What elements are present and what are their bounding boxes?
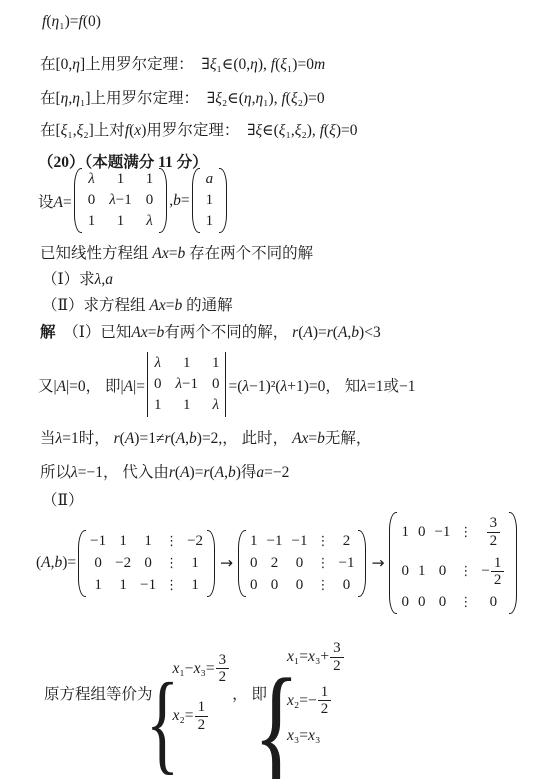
text-run: 0 bbox=[296, 555, 304, 572]
matrix-cell: −1 bbox=[140, 577, 156, 594]
matrix-cell: 0 bbox=[401, 563, 409, 580]
matrix-cell: 0 bbox=[250, 555, 258, 572]
text-run: A bbox=[303, 324, 312, 341]
text-run: Ax bbox=[152, 245, 168, 262]
text-run: ₁, bbox=[285, 122, 294, 139]
text-run: b bbox=[317, 430, 325, 447]
matrix-cell: 0 bbox=[343, 577, 351, 594]
text-run: 0 bbox=[418, 524, 426, 541]
augmented-matrix-3: 10−1⋮32010⋮−12000⋮0 bbox=[389, 512, 517, 614]
text-run: 已知线性方程组 bbox=[40, 245, 152, 262]
text-run: = bbox=[63, 194, 72, 211]
text-run: 0 bbox=[271, 577, 279, 594]
matrix-cell: 1 bbox=[146, 171, 154, 188]
text-run: η bbox=[72, 56, 80, 73]
matrix-cell: 1 bbox=[94, 577, 102, 594]
right-paren bbox=[207, 530, 215, 597]
matrix-cell: 1 bbox=[183, 355, 191, 372]
matrix-cell: a bbox=[206, 171, 214, 188]
text-run: = bbox=[181, 192, 190, 209]
text-run: b bbox=[228, 464, 236, 481]
part2-question: （Ⅱ）求方程组 Ax=b 的通解 bbox=[42, 293, 233, 315]
text-run: 1 bbox=[198, 699, 206, 715]
determinant-line: 又|A|=0， 即|A|= λ110λ−1011λ =(λ−1)²(λ+1)=0… bbox=[38, 352, 416, 417]
text-run: ⋮ bbox=[316, 578, 329, 593]
matrix-cell: 1 bbox=[212, 355, 220, 372]
text-run: ₂∈( bbox=[222, 90, 244, 107]
matrix-cell: 1 bbox=[418, 563, 426, 580]
matrix-definition-line: 设A= λ110λ−1011λ ,b= a11 bbox=[38, 168, 229, 233]
matrix-cell: 0 bbox=[94, 555, 102, 572]
text-run: A bbox=[57, 378, 66, 395]
text-run: 所以 bbox=[40, 464, 71, 481]
math-text: 原方程组等价为 bbox=[44, 682, 153, 704]
text-run: 0 bbox=[250, 555, 258, 572]
text-run: =( bbox=[228, 378, 242, 395]
vector-b: a11 bbox=[192, 168, 228, 233]
rolle-line-3: 在[η,η₁]上用罗尔定理： ∃ξ₂∈(η,η₁), f(ξ₂)=0 bbox=[40, 86, 325, 108]
math-text: (A,b)= bbox=[36, 554, 76, 572]
text-run: )得 bbox=[236, 464, 257, 481]
matrix-cell: 0 bbox=[144, 555, 152, 572]
text-run: （Ⅰ）求 bbox=[42, 271, 95, 288]
determinant-grid: λ110λ−1011λ bbox=[148, 352, 225, 417]
math-text: （Ⅱ）求方程组 Ax=b 的通解 bbox=[42, 293, 233, 315]
text-run: a bbox=[105, 271, 113, 288]
fraction: 32 bbox=[487, 515, 501, 550]
text-run: 2 bbox=[321, 701, 329, 717]
text-run: 1 bbox=[88, 213, 96, 230]
text-run: 1 bbox=[117, 171, 125, 188]
math-text: 在[η,η₁]上用罗尔定理： ∃ξ₂∈(η,η₁), f(ξ₂)=0 bbox=[40, 86, 325, 108]
text-run: 0 bbox=[439, 563, 447, 580]
equation: x₁−x₃=32 bbox=[173, 652, 231, 687]
text-run: λ bbox=[360, 378, 367, 395]
left-paren bbox=[74, 168, 82, 233]
text-run: 0 bbox=[439, 594, 447, 611]
equation-system-1: { x₁−x₃=32 x₂=12 bbox=[155, 652, 231, 734]
matrix-cell: 1 bbox=[117, 213, 125, 230]
fraction: 12 bbox=[195, 699, 209, 734]
text-run: 在[ bbox=[40, 90, 61, 107]
text-run: x bbox=[308, 727, 315, 745]
determinant-A: λ110λ−1011λ bbox=[147, 352, 226, 417]
text-run: x bbox=[308, 648, 315, 666]
rolle-line-4: 在[ξ₁,ξ₂]上对f(x)用罗尔定理： ∃ξ∈(ξ₁,ξ₂), f(ξ)=0 bbox=[40, 118, 357, 140]
text-run: 1 bbox=[144, 533, 152, 550]
text-run: 有两个不同的解， bbox=[164, 324, 292, 341]
text-run: 0 bbox=[490, 594, 498, 611]
matrix-cell: 1 bbox=[401, 524, 409, 541]
text-run: 1 bbox=[321, 684, 329, 700]
augmented-matrix-2-grid: 1−1−1⋮2020⋮−1000⋮0 bbox=[246, 530, 358, 597]
matrix-cell: ⋮ bbox=[316, 556, 329, 571]
matrix-cell: 0 bbox=[418, 594, 426, 611]
text-run: ), bbox=[258, 56, 271, 73]
text-run: ₁), bbox=[263, 90, 281, 107]
text-run: A bbox=[338, 324, 347, 341]
text-run: 的通解 bbox=[182, 297, 232, 314]
augmented-matrix-3-grid: 10−1⋮32010⋮−12000⋮0 bbox=[397, 512, 509, 614]
text-run: |=0， 即| bbox=[66, 378, 124, 395]
text-run: −1 bbox=[292, 533, 308, 550]
text-run: λ bbox=[154, 355, 161, 372]
text-run: 1 bbox=[117, 213, 125, 230]
text-run: ⋮ bbox=[165, 578, 178, 593]
math-text: 又|A|=0， 即|A|= bbox=[38, 374, 145, 396]
text-run: A bbox=[54, 194, 63, 211]
text-run: 2 bbox=[333, 658, 341, 674]
text-run: ⋮ bbox=[459, 595, 472, 610]
matrix-cell: 1 bbox=[250, 533, 258, 550]
text-run: 3 bbox=[490, 515, 498, 531]
text-run: =−2 bbox=[264, 464, 289, 481]
matrix-A-grid: λ110λ−1011λ bbox=[82, 168, 159, 233]
text-run: 1 bbox=[494, 555, 502, 571]
text-run: η bbox=[244, 90, 252, 107]
text-run: （Ⅰ）已知 bbox=[56, 324, 132, 341]
text-run: ₂= bbox=[179, 707, 193, 725]
augmented-matrix-1-grid: −111⋮−20−20⋮111−1⋮1 bbox=[86, 530, 207, 597]
text-run: − bbox=[481, 563, 489, 580]
text-run: 0 bbox=[212, 376, 220, 393]
matrix-cell: 0 bbox=[439, 594, 447, 611]
text-run: A bbox=[176, 430, 185, 447]
text-run: （Ⅱ）求方程组 bbox=[42, 297, 149, 314]
text-run: λ bbox=[212, 397, 219, 414]
text-run: )=2,， 此时， bbox=[197, 430, 292, 447]
matrix-cell: 1 bbox=[191, 577, 199, 594]
text-run: ₃ bbox=[315, 727, 320, 745]
text-run: ₁)= bbox=[59, 13, 78, 30]
math-text: 设A= bbox=[38, 190, 72, 212]
matrix-cell: ⋮ bbox=[165, 556, 178, 571]
text-run: λ bbox=[88, 171, 95, 188]
text-run: η bbox=[255, 90, 263, 107]
part2-label: （Ⅱ） bbox=[42, 488, 84, 510]
text-run: −2 bbox=[115, 555, 131, 572]
text-run: 0 bbox=[418, 594, 426, 611]
text-run: =1时， bbox=[62, 430, 113, 447]
matrix-cell: 1 bbox=[119, 533, 127, 550]
matrix-cell: 32 bbox=[486, 515, 502, 550]
text-run: 2 bbox=[219, 669, 227, 685]
math-text: 当λ=1时， r(A)=1≠r(A,b)=2,， 此时， Ax=b无解， bbox=[40, 426, 371, 448]
fraction: 32 bbox=[216, 652, 230, 687]
part1-question: （Ⅰ）求λ,a bbox=[42, 267, 113, 289]
text-run: Ax bbox=[292, 430, 308, 447]
matrix-cell: 1 bbox=[119, 577, 127, 594]
equation-system-2: { x₁=x₃+32 x₂=−12 x₃=x₃ bbox=[269, 640, 345, 745]
text-run: −1 bbox=[140, 577, 156, 594]
text-run: 3 bbox=[333, 640, 341, 656]
matrix-cell: ⋮ bbox=[165, 578, 178, 593]
matrix-cell: λ−1 bbox=[175, 376, 197, 393]
matrix-cell: λ bbox=[146, 213, 153, 230]
conclusion-line: 所以λ=−1， 代入由r(A)=r(A,b)得a=−2 bbox=[40, 460, 289, 482]
text-run: −1 bbox=[182, 376, 198, 393]
text-run: ⋮ bbox=[316, 534, 329, 549]
matrix-cell: 1 bbox=[191, 555, 199, 572]
matrix-cell: ⋮ bbox=[459, 595, 472, 610]
text-run: −2 bbox=[187, 533, 203, 550]
math-text: 已知线性方程组 Ax=b 存在两个不同的解 bbox=[40, 241, 313, 263]
matrix-cell: 0 bbox=[250, 577, 258, 594]
text-run: 1 bbox=[94, 577, 102, 594]
text-run: A bbox=[124, 378, 133, 395]
text-run: +1)=0， 知 bbox=[287, 378, 360, 395]
text-run: 在[ bbox=[40, 122, 61, 139]
rolle-line-2: 在[0,η]上用罗尔定理： ∃ξ₁∈(0,η), f(ξ₁)=0m bbox=[40, 52, 325, 74]
matrix-cell: −12 bbox=[481, 555, 505, 590]
matrix-cell: 0 bbox=[296, 577, 304, 594]
right-paren bbox=[358, 530, 366, 597]
matrix-cell: λ bbox=[212, 397, 219, 414]
text-run: −1 bbox=[90, 533, 106, 550]
right-bar bbox=[225, 352, 226, 417]
text-run: 0 bbox=[154, 376, 162, 393]
solution-label: 解 bbox=[40, 320, 56, 342]
matrix-cell: −1 bbox=[434, 524, 450, 541]
matrix-cell: λ−1 bbox=[109, 192, 131, 209]
text-run: −1 bbox=[434, 524, 450, 541]
text-run: ₁]上用罗尔定理： ∃ bbox=[80, 90, 215, 107]
text-run: ξ bbox=[329, 122, 336, 139]
text-run: 1 bbox=[119, 533, 127, 550]
text-run: 1 bbox=[191, 577, 199, 594]
text-run: 1 bbox=[212, 355, 220, 372]
text-run: 在[0, bbox=[40, 56, 72, 73]
text-run: ₁− bbox=[179, 660, 193, 678]
text-run: 2 bbox=[343, 533, 351, 550]
text-run: 0 bbox=[401, 563, 409, 580]
text-run: =−1， 代入由 bbox=[78, 464, 169, 481]
left-paren bbox=[389, 512, 397, 614]
text-run: 1 bbox=[250, 533, 258, 550]
text-run: )=1≠ bbox=[134, 430, 164, 447]
text-run: −1 bbox=[267, 533, 283, 550]
text-run: 0 bbox=[343, 577, 351, 594]
problem-statement: 已知线性方程组 Ax=b 存在两个不同的解 bbox=[40, 241, 313, 263]
text-run: =1或−1 bbox=[367, 378, 415, 395]
matrix-cell: ⋮ bbox=[459, 525, 472, 540]
matrix-cell: −2 bbox=[187, 533, 203, 550]
fraction: 12 bbox=[318, 684, 332, 719]
vector-b-grid: a11 bbox=[200, 168, 220, 233]
matrix-cell: 2 bbox=[271, 555, 279, 572]
text-run: ξ bbox=[215, 90, 222, 107]
matrix-cell: λ bbox=[154, 355, 161, 372]
matrix-cell: 1 bbox=[117, 171, 125, 188]
left-paren bbox=[78, 530, 86, 597]
matrix-cell: 0 bbox=[439, 563, 447, 580]
right-paren bbox=[509, 512, 517, 614]
text-run: 1 bbox=[183, 397, 191, 414]
matrix-cell: ⋮ bbox=[316, 534, 329, 549]
text-run: A bbox=[180, 464, 189, 481]
text-run: )<3 bbox=[359, 324, 381, 341]
text-run: 1 bbox=[191, 555, 199, 572]
augmented-matrix-2: 1−1−1⋮2020⋮−1000⋮0 bbox=[238, 530, 366, 597]
matrix-cell: 0 bbox=[490, 594, 498, 611]
text-run: ₂]上对 bbox=[83, 122, 125, 139]
text-run: 0 bbox=[144, 555, 152, 572]
matrix-cell: −1 bbox=[90, 533, 106, 550]
text-run: λ bbox=[146, 213, 153, 230]
text-run: 0 bbox=[250, 577, 258, 594]
matrix-cell: 2 bbox=[343, 533, 351, 550]
text-run: 0 bbox=[296, 577, 304, 594]
matrix-cell: 1 bbox=[88, 213, 96, 230]
final-equivalence-line: 原方程组等价为 { x₁−x₃=32 x₂=12 ， 即 { x₁=x₃+32 … bbox=[44, 640, 347, 745]
text-run: −1 bbox=[116, 192, 132, 209]
text-run: b bbox=[351, 324, 359, 341]
text-run: ₁∈(0, bbox=[216, 56, 250, 73]
text-run: A bbox=[215, 464, 224, 481]
text-run: ₃+ bbox=[315, 648, 329, 666]
text-run: ]上用罗尔定理： ∃ bbox=[80, 56, 210, 73]
text-run: ξ bbox=[280, 56, 287, 73]
text-run: ⋮ bbox=[165, 534, 178, 549]
text-run: Ax bbox=[149, 297, 165, 314]
text-run: Ax bbox=[131, 324, 147, 341]
text-run: 1 bbox=[119, 577, 127, 594]
text-run: 0 bbox=[401, 594, 409, 611]
math-text: 在[ξ₁,ξ₂]上对f(x)用罗尔定理： ∃ξ∈(ξ₁,ξ₂), f(ξ)=0 bbox=[40, 118, 357, 140]
text-run: |= bbox=[133, 378, 145, 395]
left-paren bbox=[238, 530, 246, 597]
text-run: λ bbox=[71, 464, 78, 481]
text-run: ⋮ bbox=[165, 556, 178, 571]
text-run: = bbox=[169, 245, 178, 262]
matrix-cell: 0 bbox=[401, 594, 409, 611]
matrix-cell: 0 bbox=[146, 192, 154, 209]
text-run: 解 bbox=[40, 324, 56, 341]
text-run: ₂), bbox=[301, 122, 319, 139]
text-run: )=0 bbox=[336, 122, 358, 139]
matrix-cell: 0 bbox=[296, 555, 304, 572]
text-run: ξ bbox=[291, 90, 298, 107]
text-run: 1 bbox=[183, 355, 191, 372]
matrix-cell: 1 bbox=[183, 397, 191, 414]
math-text: ,b= bbox=[169, 192, 189, 210]
case-lambda1-line: 当λ=1时， r(A)=1≠r(A,b)=2,， 此时， Ax=b无解， bbox=[40, 426, 371, 448]
text-run: m bbox=[314, 56, 325, 73]
text-run: η bbox=[72, 90, 80, 107]
text-run: a bbox=[206, 171, 214, 188]
text-run: 设 bbox=[38, 194, 54, 211]
matrix-cell: −1 bbox=[267, 533, 283, 550]
text-run: 存在两个不同的解 bbox=[185, 245, 313, 262]
equation: x₂=12 bbox=[173, 699, 231, 734]
text-run: )= bbox=[190, 464, 204, 481]
matrix-cell: 0 bbox=[271, 577, 279, 594]
text-run: ₁)=0 bbox=[287, 56, 314, 73]
matrix-cell: ⋮ bbox=[165, 534, 178, 549]
text-run: 2 bbox=[271, 555, 279, 572]
solution-part1-line: 解 （Ⅰ）已知Ax=b有两个不同的解， r(A)=r(A,b)<3 bbox=[40, 320, 381, 342]
math-text: （Ⅰ）已知Ax=b有两个不同的解， r(A)=r(A,b)<3 bbox=[56, 320, 381, 342]
arrow-right-icon: → bbox=[220, 554, 233, 572]
matrix-cell: ⋮ bbox=[316, 578, 329, 593]
text-run: 0 bbox=[88, 192, 96, 209]
matrix-cell: 0 bbox=[418, 524, 426, 541]
text-run: 2 bbox=[490, 533, 498, 549]
matrix-cell: 0 bbox=[212, 376, 220, 393]
matrix-cell: 0 bbox=[154, 376, 162, 393]
text-run: 无解， bbox=[325, 430, 372, 447]
matrix-cell: −1 bbox=[338, 555, 354, 572]
text-run: b bbox=[189, 430, 197, 447]
matrix-cell: 1 bbox=[154, 397, 162, 414]
matrix-cell: 1 bbox=[144, 533, 152, 550]
text-run: ⋮ bbox=[459, 525, 472, 540]
math-text: f(η₁)=f(0) bbox=[42, 13, 101, 31]
text-run: 1 bbox=[154, 397, 162, 414]
text-run: 3 bbox=[219, 652, 227, 668]
text-run: 1 bbox=[418, 563, 426, 580]
text-run: ₁, bbox=[67, 122, 76, 139]
matrix-cell: −2 bbox=[115, 555, 131, 572]
text-run: = bbox=[308, 430, 317, 447]
text-run: 0 bbox=[94, 555, 102, 572]
right-paren bbox=[159, 168, 167, 233]
text-run: ₃= bbox=[200, 660, 214, 678]
text-run: 1 bbox=[206, 213, 214, 230]
matrix-cell: 1 bbox=[206, 213, 214, 230]
text-run: x bbox=[194, 660, 201, 678]
fraction: 32 bbox=[330, 640, 344, 675]
text-run: A bbox=[125, 430, 134, 447]
text-run: )用罗尔定理： ∃ bbox=[141, 122, 255, 139]
text-run: ⋮ bbox=[316, 556, 329, 571]
matrix-A: λ110λ−1011λ bbox=[74, 168, 167, 233]
text-run: −1 bbox=[338, 555, 354, 572]
text-run: 原方程组等价为 bbox=[44, 686, 153, 703]
text-run: A bbox=[41, 554, 50, 571]
math-text: 所以λ=−1， 代入由r(A)=r(A,b)得a=−2 bbox=[40, 460, 289, 482]
text-run: a bbox=[256, 464, 264, 481]
right-paren bbox=[219, 168, 227, 233]
row-reduction-line: (A,b)= −111⋮−20−20⋮111−1⋮1 → 1−1−1⋮2020⋮… bbox=[36, 512, 519, 614]
math-text: =(λ−1)²(λ+1)=0， 知λ=1或−1 bbox=[228, 374, 415, 396]
text-run: 0 bbox=[146, 192, 154, 209]
matrix-cell: −1 bbox=[292, 533, 308, 550]
math-solution-document: f(η₁)=f(0) 在[0,η]上用罗尔定理： ∃ξ₁∈(0,η), f(ξ₁… bbox=[0, 0, 550, 779]
arrow-right-icon: → bbox=[371, 554, 384, 572]
text-run: 又| bbox=[38, 378, 57, 395]
math-text: 在[0,η]上用罗尔定理： ∃ξ₁∈(0,η), f(ξ₁)=0m bbox=[40, 52, 325, 74]
math-text: （Ⅰ）求λ,a bbox=[42, 267, 113, 289]
text-run: ₂)=0 bbox=[298, 90, 325, 107]
text-run: )= bbox=[62, 554, 76, 571]
text-run: = bbox=[166, 297, 175, 314]
matrix-cell: ⋮ bbox=[459, 564, 472, 579]
text-run: 2 bbox=[198, 717, 206, 733]
text-run: 1 bbox=[206, 192, 214, 209]
text-run: （Ⅱ） bbox=[42, 492, 84, 509]
augmented-matrix-1: −111⋮−20−20⋮111−1⋮1 bbox=[78, 530, 215, 597]
text-run: ⋮ bbox=[459, 564, 472, 579]
system-1-rows: x₁−x₃=32 x₂=12 bbox=[173, 652, 231, 734]
matrix-cell: 1 bbox=[206, 192, 214, 209]
text-run: 1 bbox=[146, 171, 154, 188]
matrix-cell: λ bbox=[88, 171, 95, 188]
text-run: 2 bbox=[494, 572, 502, 588]
text-run: 当 bbox=[40, 430, 56, 447]
text-run: = bbox=[148, 324, 157, 341]
matrix-cell: 0 bbox=[88, 192, 96, 209]
